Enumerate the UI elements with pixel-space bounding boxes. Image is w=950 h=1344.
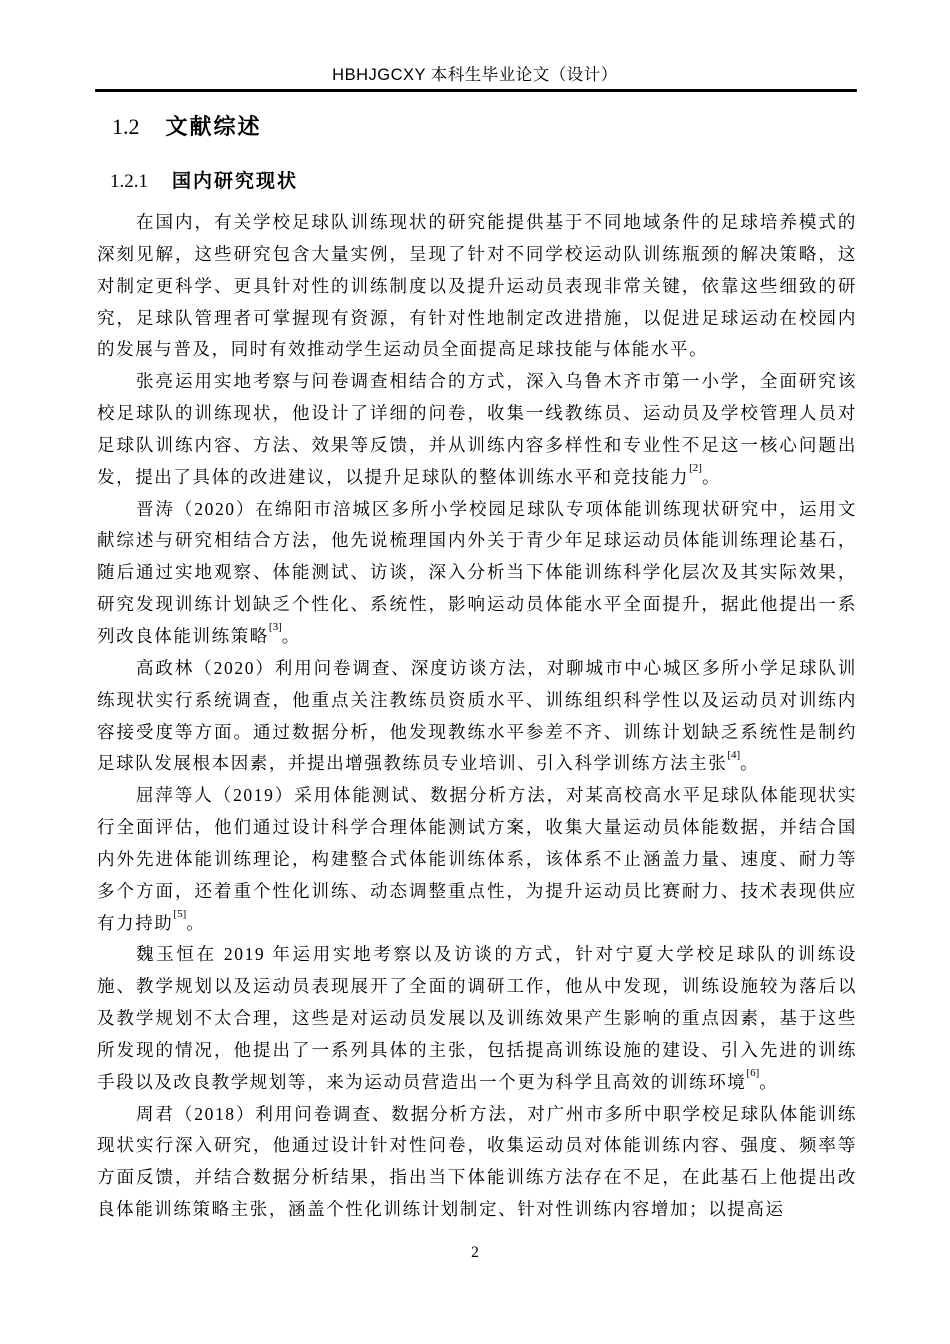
paragraph-tail: 。 — [282, 626, 301, 646]
header-rule — [95, 89, 857, 92]
paragraph: 周君（2018）利用问卷调查、数据分析方法，对广州市多所中职学校足球队体能训练现… — [97, 1099, 857, 1226]
paragraph: 晋涛（2020）在绵阳市涪城区多所小学校园足球队专项体能训练现状研究中，运用文献… — [97, 494, 857, 653]
page-number: 2 — [0, 1244, 950, 1262]
paragraph: 在国内，有关学校足球队训练现状的研究能提供基于不同地域条件的足球培养模式的深刻见… — [97, 207, 857, 366]
paragraph: 魏玉恒在 2019 年运用实地考察以及访谈的方式，针对宁夏大学校足球队的训练设施… — [97, 939, 857, 1098]
section-number: 1.2 — [112, 114, 140, 139]
running-header: HBHJGCXY 本科生毕业论文（设计） — [0, 61, 950, 85]
paragraph: 高政林（2020）利用问卷调查、深度访谈方法，对聊城市中心城区多所小学足球队训练… — [97, 653, 857, 780]
paragraph-text: 周君（2018）利用问卷调查、数据分析方法，对广州市多所中职学校足球队体能训练现… — [97, 1104, 857, 1220]
paragraph-text: 晋涛（2020）在绵阳市涪城区多所小学校园足球队专项体能训练现状研究中，运用文献… — [97, 499, 857, 646]
subsection-title: 国内研究现状 — [172, 171, 298, 192]
section-heading: 1.2文献综述 — [112, 112, 262, 142]
paragraph-text: 在国内，有关学校足球队训练现状的研究能提供基于不同地域条件的足球培养模式的深刻见… — [97, 212, 857, 359]
paragraph: 屈萍等人（2019）采用体能测试、数据分析方法，对某高校高水平足球队体能现状实行… — [97, 780, 857, 939]
subsection-number: 1.2.1 — [110, 171, 148, 192]
reference-marker: [6] — [746, 1067, 759, 1079]
document-body: 在国内，有关学校足球队训练现状的研究能提供基于不同地域条件的足球培养模式的深刻见… — [97, 207, 857, 1226]
paragraph-tail: 。 — [759, 1072, 778, 1092]
paragraph: 张亮运用实地考察与问卷调查相结合的方式，深入乌鲁木齐市第一小学，全面研究该校足球… — [97, 366, 857, 493]
reference-marker: [5] — [173, 908, 186, 920]
paragraph-tail: 。 — [702, 467, 721, 487]
reference-marker: [4] — [727, 749, 740, 761]
running-header-title: HBHJGCXY 本科生毕业论文（设计） — [332, 66, 618, 84]
reference-marker: [2] — [689, 462, 702, 474]
subsection-heading: 1.2.1国内研究现状 — [110, 169, 298, 195]
paragraph-tail: 。 — [740, 753, 759, 773]
paragraph-text: 屈萍等人（2019）采用体能测试、数据分析方法，对某高校高水平足球队体能现状实行… — [97, 785, 857, 932]
paragraph-tail: 。 — [186, 913, 205, 933]
paragraph-text: 魏玉恒在 2019 年运用实地考察以及访谈的方式，针对宁夏大学校足球队的训练设施… — [97, 944, 857, 1091]
reference-marker: [3] — [269, 621, 282, 633]
paragraph-text: 张亮运用实地考察与问卷调查相结合的方式，深入乌鲁木齐市第一小学，全面研究该校足球… — [97, 371, 857, 487]
section-title: 文献综述 — [166, 114, 262, 139]
